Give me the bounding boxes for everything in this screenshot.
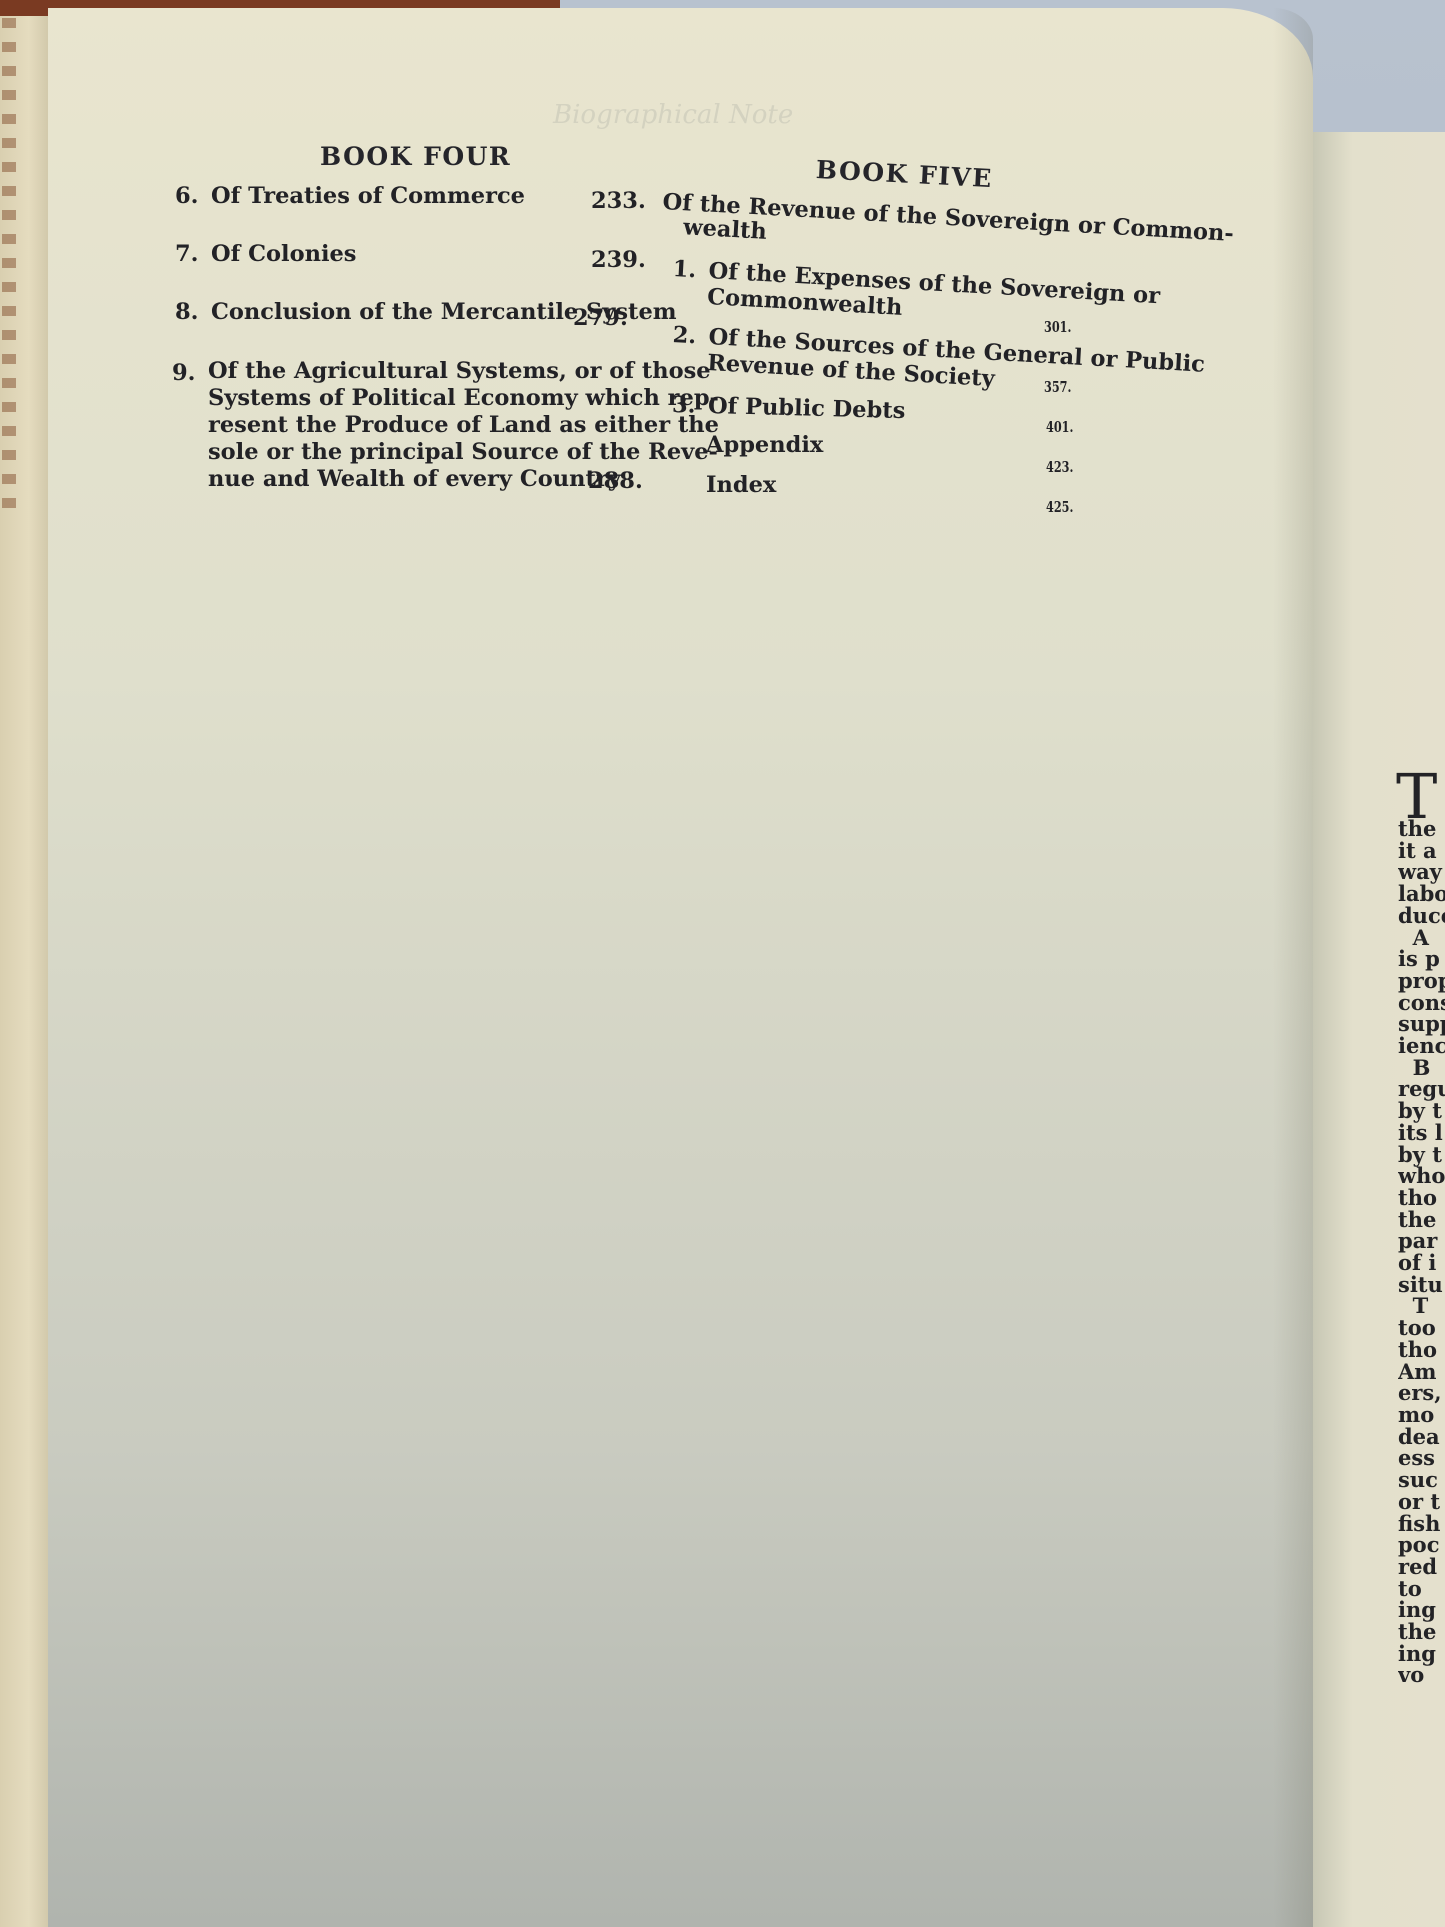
facing-page-line: ienc	[1398, 1035, 1445, 1057]
entry-title: Index	[706, 470, 776, 501]
entry-page-number: 233.	[591, 188, 646, 214]
facing-page-line: ing	[1398, 1599, 1445, 1621]
facing-page-line: supp	[1398, 1013, 1445, 1035]
entry-page-number: 301.	[1044, 318, 1071, 336]
facing-page-line: red	[1398, 1556, 1445, 1578]
entry-page-number: 401.	[1046, 418, 1073, 436]
show-through-heading: Biographical Note	[553, 100, 793, 130]
toc-entry: 6.Of Treaties of Commerce	[175, 181, 525, 212]
toc-entry-index: Index	[706, 470, 776, 501]
facing-page-line: tho	[1398, 1187, 1445, 1209]
facing-page-line: labo	[1398, 883, 1445, 905]
toc-entry: 3.Of Public Debts	[672, 390, 906, 427]
facing-page-line: its l	[1398, 1122, 1445, 1144]
entry-title-line: sole or the principal Source of the Reve…	[208, 439, 719, 466]
entry-title-line: Of the Agricultural Systems, or of those	[208, 358, 719, 385]
entry-page-number: 279.	[573, 305, 628, 331]
page-edge-marks	[2, 18, 16, 518]
entry-title: Of Colonies	[211, 239, 356, 270]
facing-page-text: theit awaylaboduce Ais ppropconssuppienc…	[1398, 818, 1445, 1686]
facing-page-line: the	[1398, 1209, 1445, 1231]
entry-number: 3.	[672, 390, 709, 422]
page-block-edge	[0, 8, 48, 1927]
facing-page-line: ing	[1398, 1643, 1445, 1665]
facing-page-line: by t	[1398, 1144, 1445, 1166]
facing-page-line: dea	[1398, 1426, 1445, 1448]
facing-page-line: duce	[1398, 905, 1445, 927]
facing-page-line: way	[1398, 861, 1445, 883]
facing-page-line: B	[1398, 1057, 1445, 1079]
facing-page-line: by t	[1398, 1100, 1445, 1122]
entry-number: 8.	[175, 297, 211, 328]
facing-page-line: is p	[1398, 948, 1445, 970]
book-four-heading: BOOK FOUR	[320, 142, 511, 171]
entry-number: 6.	[175, 181, 211, 212]
facing-page-line: ers,	[1398, 1382, 1445, 1404]
facing-page-line: par	[1398, 1230, 1445, 1252]
entry-title: Of Treaties of Commerce	[211, 181, 525, 212]
facing-page-line: T	[1398, 1295, 1445, 1317]
facing-page-line: it a	[1398, 840, 1445, 862]
facing-page-line: to	[1398, 1578, 1445, 1600]
facing-page-line: vo	[1398, 1664, 1445, 1686]
entry-number: 9.	[172, 358, 208, 389]
facing-page-line: Am	[1398, 1361, 1445, 1383]
entry-title-line: resent the Produce of Land as either the	[208, 412, 719, 439]
facing-page-line: A	[1398, 927, 1445, 949]
facing-page-line: or t	[1398, 1491, 1445, 1513]
facing-page-line: suc	[1398, 1469, 1445, 1491]
entry-number: 7.	[175, 239, 211, 270]
facing-page-line: cons	[1398, 992, 1445, 1014]
entry-page-number: 423.	[1046, 458, 1073, 476]
entry-page-number: 288.	[588, 468, 643, 494]
entry-title-line: Systems of Political Economy which rep-	[208, 385, 719, 412]
facing-page-line: too	[1398, 1317, 1445, 1339]
entry-page-number: 425.	[1046, 498, 1073, 516]
facing-page-line: of i	[1398, 1252, 1445, 1274]
entry-title: Appendix	[706, 430, 823, 461]
facing-page-line: the	[1398, 1621, 1445, 1643]
entry-title: Of Public Debts	[708, 391, 906, 427]
entry-number: 2.	[672, 322, 709, 350]
facing-page-line: ess	[1398, 1447, 1445, 1469]
entry-number: 1.	[672, 256, 709, 284]
entry-page-number: 239.	[591, 247, 646, 273]
facing-page-line: prop	[1398, 970, 1445, 992]
entry-page-number: 357.	[1044, 378, 1071, 396]
facing-page-line: mo	[1398, 1404, 1445, 1426]
facing-page-line: who	[1398, 1165, 1445, 1187]
facing-page-line: the	[1398, 818, 1445, 840]
facing-page-line: situ	[1398, 1274, 1445, 1296]
toc-entry: 7.Of Colonies	[175, 239, 356, 270]
facing-page-line: fish	[1398, 1513, 1445, 1535]
facing-page-line: regu	[1398, 1078, 1445, 1100]
toc-entry-appendix: Appendix	[706, 430, 823, 461]
facing-page-line: tho	[1398, 1339, 1445, 1361]
facing-page-line: poc	[1398, 1534, 1445, 1556]
